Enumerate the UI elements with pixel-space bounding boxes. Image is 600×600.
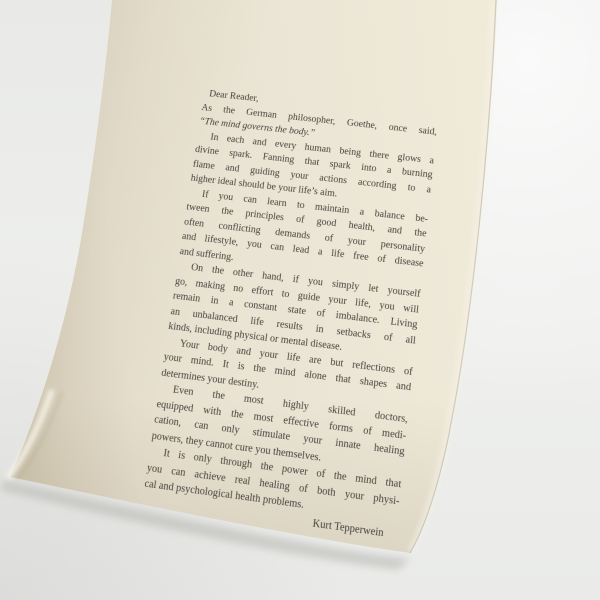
book-page-photo: Dear Reader, As the German philosopher, … [0, 0, 600, 600]
